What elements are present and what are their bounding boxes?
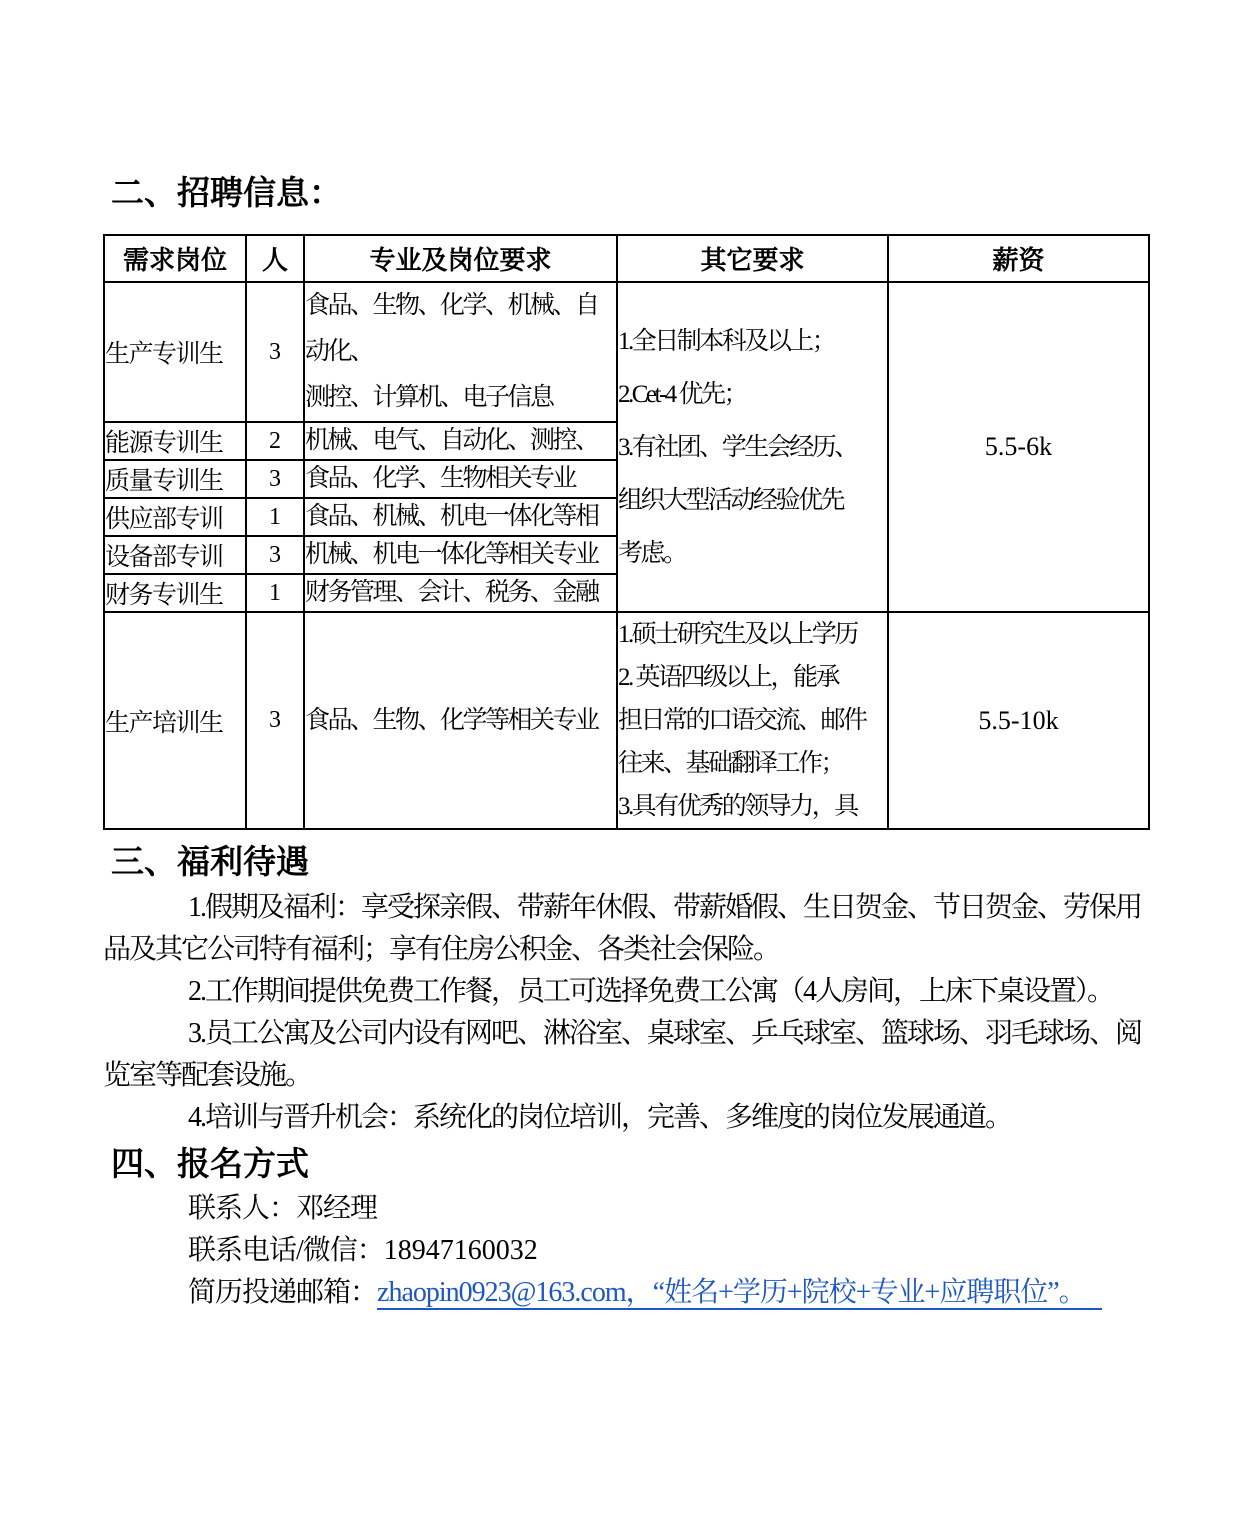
table-row: 生产专训生 3 食品、生物、化学、机械、自 动化、 测控、计算机、电子信息 1.… [104,282,1149,422]
headcount-cell: 1 [246,498,304,536]
email-label: 简历投递邮箱： [188,1277,377,1308]
contact-person: 联系人：邓经理 [188,1188,1145,1230]
position-cell: 供应部专训 [104,498,246,536]
email-link[interactable]: zhaopin0923@163.com，“姓名+学历+院校+专业+应聘职位”。 [377,1277,1102,1310]
other-requirements-cell: 1.全日制本科及以上； 2.Cet-4 优先； 3.有社团、学生会经历、 组织大… [617,282,888,612]
headcount-cell: 2 [246,422,304,460]
benefit-item-training: 4.培训与晋升机会：系统化的岗位培训，完善、多维度的岗位发展通道。 [103,1097,1145,1139]
headcount-cell: 3 [246,282,304,422]
recruitment-table: 需求岗位 人 专业及岗位要求 其它要求 薪资 生产专训生 3 食品、生物、化学、… [103,234,1150,830]
benefit-item-meals-dorm: 2.工作期间提供免费工作餐，员工可选择免费工公寓（4人房间，上床下桌设置）。 [103,971,1145,1013]
major-cell: 财务管理、会计、税务、金融 [304,574,617,612]
major-cell: 食品、生物、化学、机械、自 动化、 测控、计算机、电子信息 [304,282,617,422]
other-requirements-cell: 1.硕士研究生及以上学历 2. 英语四级以上，能承 担日常的口语交流、邮件 往来… [617,612,888,829]
headcount-cell: 3 [246,460,304,498]
benefit-item-facilities: 3.员工公寓及公司内设有网吧、淋浴室、桌球室、乒乓球室、篮球场、羽毛球场、阅览室… [103,1013,1145,1097]
major-cell: 机械、机电一体化等相关专业 [304,536,617,574]
document-page: 二、招聘信息： 需求岗位 人 专业及岗位要求 其它要求 薪资 生产专训生 3 食… [0,0,1242,1528]
position-cell: 生产培训生 [104,612,246,829]
position-cell: 生产专训生 [104,282,246,422]
contact-email: 简历投递邮箱：zhaopin0923@163.com，“姓名+学历+院校+专业+… [188,1272,1145,1314]
salary-cell: 5.5-10k [888,612,1149,829]
major-cell: 食品、生物、化学等相关专业 [304,612,617,829]
header-other-requirements: 其它要求 [617,235,888,282]
benefit-item-holidays: 1.假期及福利：享受探亲假、带薪年休假、带薪婚假、生日贺金、节日贺金、劳保用品及… [103,887,1145,971]
header-headcount: 人 [246,235,304,282]
header-position: 需求岗位 [104,235,246,282]
section-apply-heading: 四、报名方式 [111,1147,1145,1181]
header-salary: 薪资 [888,235,1149,282]
section-recruitment-heading: 二、招聘信息： [111,0,1145,210]
table-header-row: 需求岗位 人 专业及岗位要求 其它要求 薪资 [104,235,1149,282]
major-cell: 机械、电气、自动化、测控、 [304,422,617,460]
section-benefits-heading: 三、福利待遇 [111,845,1145,879]
position-cell: 能源专训生 [104,422,246,460]
header-major: 专业及岗位要求 [304,235,617,282]
contact-phone-label: 联系电话/微信： [188,1235,384,1266]
salary-cell: 5.5-6k [888,282,1149,612]
headcount-cell: 1 [246,574,304,612]
contact-phone-number: 18947160032 [384,1235,538,1266]
contact-phone: 联系电话/微信：18947160032 [188,1230,1145,1272]
position-cell: 设备部专训 [104,536,246,574]
position-cell: 质量专训生 [104,460,246,498]
table-row: 生产培训生 3 食品、生物、化学等相关专业 1.硕士研究生及以上学历 2. 英语… [104,612,1149,829]
major-cell: 食品、化学、生物相关专业 [304,460,617,498]
headcount-cell: 3 [246,612,304,829]
headcount-cell: 3 [246,536,304,574]
position-cell: 财务专训生 [104,574,246,612]
major-cell: 食品、机械、机电一体化等相 [304,498,617,536]
